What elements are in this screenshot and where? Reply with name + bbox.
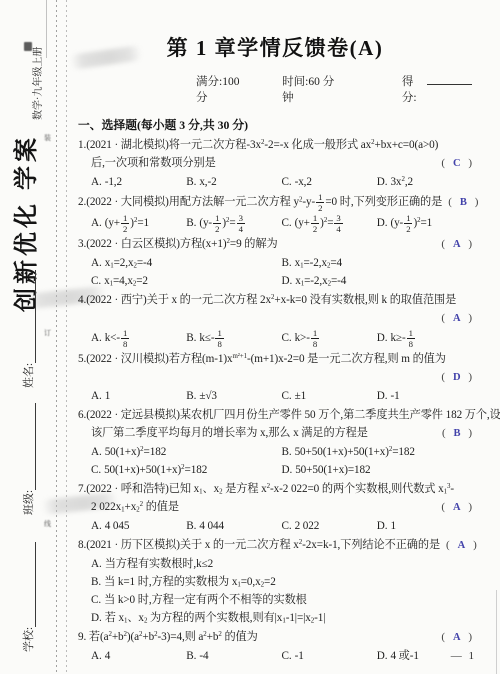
option-text: (y-12)2=34 xyxy=(199,217,246,229)
option-row: A.1B.±√3C.±1D.-1 xyxy=(78,387,472,405)
stem-line: 2.(2022 · 大同模拟)用配方法解一元二次方程 y2-y-12=0 时,下… xyxy=(78,192,472,213)
stem-text: 5.(2022 · 汉川模拟)若方程(m-1)xm²+1-(m+1)x-2=0 … xyxy=(78,350,446,368)
option-row: A.-1,2B.x,-2C.-x,2D.3x2,2 xyxy=(78,173,472,191)
binding-mark-2: 订 xyxy=(44,328,51,338)
fraction: 12 xyxy=(121,213,129,234)
option-label: B. xyxy=(282,446,292,458)
option: D.50+50(1+x)=182 xyxy=(282,461,473,479)
stem-line: (A) xyxy=(78,309,472,328)
option-text: x1=-2,x2=4 xyxy=(295,257,342,269)
option: D.3x2,2 xyxy=(377,173,472,191)
option: A.x1=2,x2=-4 xyxy=(91,254,282,272)
stem-line: (D) xyxy=(78,368,472,387)
fraction: 34 xyxy=(334,213,342,234)
option-text: 1 xyxy=(105,390,111,402)
option-text: 若 x1、x2 为方程的两个实数根,则有|x1-1|=|x2-1| xyxy=(105,612,326,624)
answer-blank: (A) xyxy=(435,235,472,254)
option-label: D. xyxy=(282,464,293,476)
stem-text: 8.(2021 · 历下区模拟)关于 x 的一元二次方程 x2-2x=k-1,下… xyxy=(78,536,440,554)
score-blank-line xyxy=(427,74,472,85)
option: A.(y+12)2=1 xyxy=(91,213,186,234)
option-label: D. xyxy=(377,390,388,402)
question: 1.(2021 · 湖北模拟)将一元二次方程-3x2-2=-x 化成一般形式 a… xyxy=(78,136,472,191)
option: D.k≥-18 xyxy=(377,328,472,349)
answer-letter: A xyxy=(458,540,465,551)
fraction: 18 xyxy=(407,328,415,349)
option: D.1 xyxy=(377,517,472,535)
option: B.当 k=1 时,方程的实数根为 x1=0,x2=2 xyxy=(91,573,472,591)
option-text: (y+12)2=1 xyxy=(105,217,149,229)
page-edge-line xyxy=(496,590,497,674)
answer-blank: (A) xyxy=(435,498,472,517)
option-text: k≥-18 xyxy=(390,332,415,344)
option-row: D.若 x1、x2 为方程的两个实数根,则有|x1-1|=|x2-1| xyxy=(78,609,472,627)
name-field: 姓名: xyxy=(20,270,36,388)
time-limit-label: 时间:60 分钟 xyxy=(282,73,344,105)
option-text: -1 xyxy=(295,650,304,662)
answer-letter: B xyxy=(460,197,467,208)
stem-line: 该厂第二季度平均每月的增长率为 x,那么 x 满足的方程是(B) xyxy=(78,424,472,443)
option: B.(y-12)2=34 xyxy=(186,213,281,234)
binding-mark-3: 线 xyxy=(44,519,51,529)
option: D.(y-12)2=1 xyxy=(377,213,472,234)
question: 8.(2021 · 历下区模拟)关于 x 的一元二次方程 x2-2x=k-1,下… xyxy=(78,536,472,627)
option-text: -1 xyxy=(390,390,399,402)
answer-blank: (B) xyxy=(442,193,478,212)
option-label: C. xyxy=(282,176,292,188)
question: 6.(2022 · 定远县模拟)某农机厂四月份生产零件 50 万个,第二季度共生… xyxy=(78,406,472,479)
option-text: 1 xyxy=(390,520,396,532)
name-field-label: 姓名: xyxy=(20,363,36,388)
option-text: -x,2 xyxy=(295,176,312,188)
option: B.x,-2 xyxy=(186,173,281,191)
option-label: A. xyxy=(91,217,102,229)
option-text: (y-12)2=1 xyxy=(390,217,432,229)
option-row: A.x1=2,x2=-4B.x1=-2,x2=4 xyxy=(78,254,472,272)
option-row: C.50(1+x)+50(1+x)2=182D.50+50(1+x)=182 xyxy=(78,461,472,479)
score-field: 得分: xyxy=(402,73,472,105)
option: A.4 045 xyxy=(91,517,186,535)
stem-line: 8.(2021 · 历下区模拟)关于 x 的一元二次方程 x2-2x=k-1,下… xyxy=(78,536,472,555)
binding-dotted-line xyxy=(56,0,57,674)
option: C.2 022 xyxy=(282,517,377,535)
fraction: 18 xyxy=(121,328,129,349)
option-label: C. xyxy=(282,217,292,229)
page-title: 第 1 章学情反馈卷(A) xyxy=(78,32,472,62)
option: C.k>-18 xyxy=(282,328,377,349)
answer-blank: (B) xyxy=(436,424,472,443)
option-label: B. xyxy=(186,390,196,402)
option-row: A.当方程有实数根时,k≤2 xyxy=(78,555,472,573)
option: C.50(1+x)+50(1+x)2=182 xyxy=(91,461,282,479)
option-label: B. xyxy=(186,176,196,188)
option-text: 50(1+x)2=182 xyxy=(105,446,167,458)
option-text: 当 k>0 时,方程一定有两个不相等的实数根 xyxy=(104,594,307,606)
option-label: C. xyxy=(282,520,292,532)
stem-text: 后,一次项和常数项分别是 xyxy=(91,154,216,172)
stem-line: 3.(2022 · 白云区模拟)方程(x+1)2=9 的解为(A) xyxy=(78,235,472,254)
class-field: 班级: xyxy=(20,403,36,515)
stem-text: 3.(2022 · 白云区模拟)方程(x+1)2=9 的解为 xyxy=(78,235,278,253)
option-label: C. xyxy=(282,390,292,402)
option-text: 2 022 xyxy=(295,520,320,532)
fraction: 34 xyxy=(237,213,245,234)
stem-text: 4.(2022 · 西宁)关于 x 的一元二次方程 2x2+x-k=0 没有实数… xyxy=(78,291,456,309)
option-label: A. xyxy=(91,390,102,402)
option-label: A. xyxy=(91,257,102,269)
option-label: B. xyxy=(186,520,196,532)
option-label: D. xyxy=(282,275,293,287)
option-label: A. xyxy=(91,558,102,570)
option: A.4 xyxy=(91,647,186,665)
option-label: D. xyxy=(91,612,102,624)
option-row: A.4B.-4C.-1D.4 或-1 xyxy=(78,647,472,665)
option-label: C. xyxy=(282,650,292,662)
exam-page: 创新优化 学案 数学·九年级上册 姓名: 班级: 学校: 装 订 线 第 1 章… xyxy=(0,0,500,674)
fraction: 18 xyxy=(311,328,319,349)
option-text: -4 xyxy=(199,650,208,662)
option-label: D. xyxy=(377,650,388,662)
option: B.x1=-2,x2=4 xyxy=(282,254,473,272)
option-text: (y+12)2=34 xyxy=(295,217,344,229)
school-field-label: 学校: xyxy=(20,627,36,652)
option-label: B. xyxy=(186,217,196,229)
option: B.k≤-18 xyxy=(186,328,281,349)
option-text: -1,2 xyxy=(105,176,122,188)
option-text: 4 044 xyxy=(199,520,224,532)
option: A.k<-18 xyxy=(91,328,186,349)
option-row: C.x1=4,x2=2D.x1=-2,x2=-4 xyxy=(78,272,472,290)
option: B.±√3 xyxy=(186,387,281,405)
answer-letter: A xyxy=(453,313,460,324)
option: C.(y+12)2=34 xyxy=(282,213,377,234)
option-text: x,-2 xyxy=(199,176,216,188)
option: B.4 044 xyxy=(186,517,281,535)
option-text: k<-18 xyxy=(105,332,131,344)
option: D.若 x1、x2 为方程的两个实数根,则有|x1-1|=|x2-1| xyxy=(91,609,472,627)
class-field-label: 班级: xyxy=(20,490,36,515)
option-row: A.(y+12)2=1B.(y-12)2=34C.(y+12)2=34D.(y-… xyxy=(78,213,472,234)
option-label: B. xyxy=(91,576,101,588)
question: 4.(2022 · 西宁)关于 x 的一元二次方程 2x2+x-k=0 没有实数… xyxy=(78,291,472,349)
option: C.当 k>0 时,方程一定有两个不相等的实数根 xyxy=(91,591,472,609)
option-text: 4 或-1 xyxy=(390,650,418,662)
option-text: 当 k=1 时,方程的实数根为 x1=0,x2=2 xyxy=(104,576,276,588)
question: 5.(2022 · 汉川模拟)若方程(m-1)xm²+1-(m+1)x-2=0 … xyxy=(78,350,472,405)
stem-line: 5.(2022 · 汉川模拟)若方程(m-1)xm²+1-(m+1)x-2=0 … xyxy=(78,350,472,368)
stem-line: 后,一次项和常数项分别是(C) xyxy=(78,154,472,173)
option-label: B. xyxy=(282,257,292,269)
stem-text: 7.(2022 · 呼和浩特)已知 x1、x2 是方程 x2-x-2 022=0… xyxy=(78,480,454,498)
option: C.-1 xyxy=(282,647,377,665)
stem-text: 2 022x1+x22 的值是 xyxy=(91,498,179,516)
fraction: 12 xyxy=(404,213,412,234)
stem-line: 7.(2022 · 呼和浩特)已知 x1、x2 是方程 x2-x-2 022=0… xyxy=(78,480,472,498)
school-blank-line xyxy=(23,542,36,627)
question: 3.(2022 · 白云区模拟)方程(x+1)2=9 的解为(A)A.x1=2,… xyxy=(78,235,472,290)
option: C.±1 xyxy=(282,387,377,405)
option-label: C. xyxy=(91,464,101,476)
stem-text: 该厂第二季度平均每月的增长率为 x,那么 x 满足的方程是 xyxy=(91,424,368,442)
subject-grade-label: 数学·九年级上册 xyxy=(29,47,46,120)
option-label: A. xyxy=(91,332,102,344)
option-text: 50(1+x)+50(1+x)2=182 xyxy=(104,464,207,476)
question: 2.(2022 · 大同模拟)用配方法解一元二次方程 y2-y-12=0 时,下… xyxy=(78,192,472,234)
option: A.当方程有实数根时,k≤2 xyxy=(91,555,472,573)
option-row: C.当 k>0 时,方程一定有两个不相等的实数根 xyxy=(78,591,472,609)
answer-blank: (C) xyxy=(435,154,472,173)
option-label: A. xyxy=(91,650,102,662)
answer-blank: (A) xyxy=(435,628,472,647)
option: C.x1=4,x2=2 xyxy=(91,272,282,290)
stem-text: 2.(2022 · 大同模拟)用配方法解一元二次方程 y2-y-12=0 时,下… xyxy=(78,192,442,213)
option-text: 当方程有实数根时,k≤2 xyxy=(105,558,213,570)
answer-letter: A xyxy=(453,239,460,250)
option-text: ±√3 xyxy=(199,390,217,402)
option-label: C. xyxy=(91,594,101,606)
option: A.1 xyxy=(91,387,186,405)
option-label: A. xyxy=(91,176,102,188)
option-text: 4 045 xyxy=(105,520,130,532)
question: 9. 若(a2+b2)(a2+b2-3)=4,则 a2+b2 的值为(A)A.4… xyxy=(78,628,472,665)
option: B.50+50(1+x)+50(1+x)2=182 xyxy=(282,443,473,461)
question-list: 1.(2021 · 湖北模拟)将一元二次方程-3x2-2=-x 化成一般形式 a… xyxy=(78,136,472,665)
score-label: 得分: xyxy=(402,73,427,105)
option-label: A. xyxy=(91,520,102,532)
answer-blank: (D) xyxy=(435,368,472,387)
answer-letter: A xyxy=(453,502,460,513)
fraction: 12 xyxy=(316,192,324,213)
page-number: — 1 xyxy=(451,650,476,662)
option-text: ±1 xyxy=(295,390,307,402)
binding-mark-1: 装 xyxy=(44,133,51,143)
margin-edge-line xyxy=(46,0,47,58)
full-score-label: 满分:100 分 xyxy=(196,73,252,105)
stem-text: 6.(2022 · 定远县模拟)某农机厂四月份生产零件 50 万个,第二季度共生… xyxy=(78,406,500,424)
answer-blank: (A) xyxy=(435,309,472,328)
answer-letter: B xyxy=(454,428,461,439)
option-label: C. xyxy=(282,332,292,344)
answer-blank: (A) xyxy=(440,536,477,555)
option: D.-1 xyxy=(377,387,472,405)
stem-line: 6.(2022 · 定远县模拟)某农机厂四月份生产零件 50 万个,第二季度共生… xyxy=(78,406,472,424)
option-text: k≤-18 xyxy=(199,332,224,344)
option-text: 50+50(1+x)=182 xyxy=(295,464,370,476)
option-label: D. xyxy=(377,176,388,188)
option-text: 3x2,2 xyxy=(390,176,413,188)
exam-meta: 满分:100 分 时间:60 分钟 得分: xyxy=(78,73,472,105)
option-text: x1=-2,x2=-4 xyxy=(295,275,346,287)
option: A.-1,2 xyxy=(91,173,186,191)
option: A.50(1+x)2=182 xyxy=(91,443,282,461)
class-blank-line xyxy=(23,403,36,490)
option-label: A. xyxy=(91,446,102,458)
option-text: k>-18 xyxy=(295,332,321,344)
fraction: 18 xyxy=(215,328,223,349)
content-area: 第 1 章学情反馈卷(A) 满分:100 分 时间:60 分钟 得分: 一、选择… xyxy=(78,0,472,665)
answer-letter: A xyxy=(453,632,460,643)
stem-text: 9. 若(a2+b2)(a2+b2-3)=4,则 a2+b2 的值为 xyxy=(78,628,258,646)
option: C.-x,2 xyxy=(282,173,377,191)
option: D.x1=-2,x2=-4 xyxy=(282,272,473,290)
option-text: 50+50(1+x)+50(1+x)2=182 xyxy=(295,446,415,458)
answer-letter: D xyxy=(453,372,460,383)
school-field: 学校: xyxy=(20,542,36,652)
binding-dotted-line-2 xyxy=(66,0,67,674)
stem-text: 1.(2021 · 湖北模拟)将一元二次方程-3x2-2=-x 化成一般形式 a… xyxy=(78,136,438,154)
option-label: D. xyxy=(377,520,388,532)
stem-line: 4.(2022 · 西宁)关于 x 的一元二次方程 2x2+x-k=0 没有实数… xyxy=(78,291,472,309)
option-label: D. xyxy=(377,217,388,229)
stem-line: 2 022x1+x22 的值是(A) xyxy=(78,498,472,517)
option-row: A.k<-18B.k≤-18C.k>-18D.k≥-18 xyxy=(78,328,472,349)
stem-line: 9. 若(a2+b2)(a2+b2-3)=4,则 a2+b2 的值为(A) xyxy=(78,628,472,647)
option-label: C. xyxy=(91,275,101,287)
option: B.-4 xyxy=(186,647,281,665)
option-row: B.当 k=1 时,方程的实数根为 x1=0,x2=2 xyxy=(78,573,472,591)
option-label: D. xyxy=(377,332,388,344)
option-text: x1=4,x2=2 xyxy=(104,275,148,287)
name-blank-line xyxy=(23,270,36,363)
fraction: 12 xyxy=(213,213,221,234)
option-text: x1=2,x2=-4 xyxy=(105,257,153,269)
option-row: A.4 045B.4 044C.2 022D.1 xyxy=(78,517,472,535)
fraction: 12 xyxy=(311,213,319,234)
option-text: 4 xyxy=(105,650,111,662)
question: 7.(2022 · 呼和浩特)已知 x1、x2 是方程 x2-x-2 022=0… xyxy=(78,480,472,535)
option-label: B. xyxy=(186,332,196,344)
section-header: 一、选择题(每小题 3 分,共 30 分) xyxy=(78,116,472,133)
answer-letter: C xyxy=(453,158,460,169)
option-row: A.50(1+x)2=182B.50+50(1+x)+50(1+x)2=182 xyxy=(78,443,472,461)
option-label: B. xyxy=(186,650,196,662)
stem-line: 1.(2021 · 湖北模拟)将一元二次方程-3x2-2=-x 化成一般形式 a… xyxy=(78,136,472,154)
